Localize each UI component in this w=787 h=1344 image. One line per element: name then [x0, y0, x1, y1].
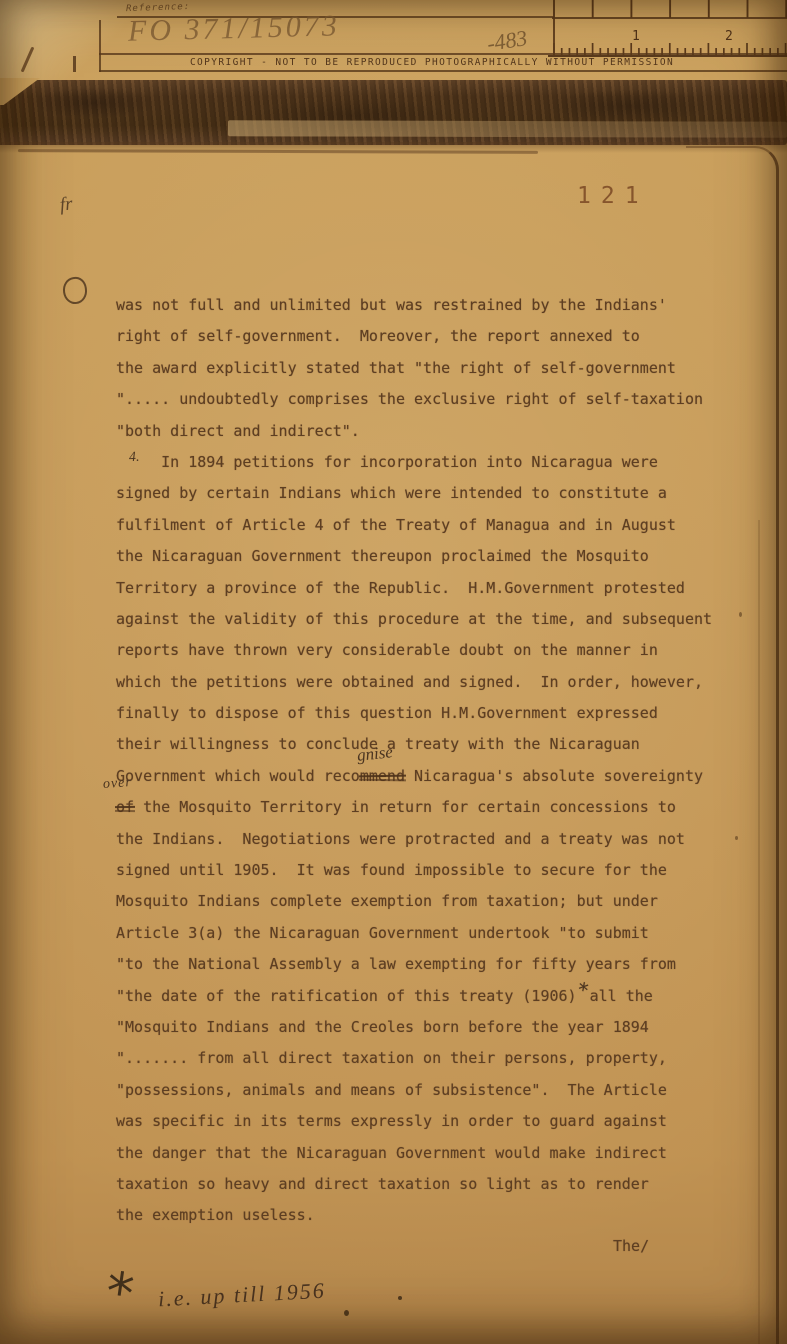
handwritten-asterisk-icon: *	[102, 1264, 136, 1321]
handwritten-correction-gnise: gnise	[356, 742, 394, 766]
struck-out-text: of	[116, 798, 134, 816]
typewritten-line: the Indians. Negotiations were protracte…	[116, 824, 748, 855]
margin-circle-mark	[61, 275, 89, 305]
typewritten-line: the Nicaraguan Government thereupon proc…	[116, 541, 748, 572]
typewritten-line: Government which would recommend Nicarag…	[116, 761, 748, 792]
margin-note-fr: fr	[59, 193, 74, 216]
typewritten-line: "possessions, animals and means of subsi…	[116, 1075, 748, 1106]
handwritten-insert-mark-icon: *	[576, 984, 591, 996]
typewritten-line: was specific in its terms expressly in o…	[116, 1106, 748, 1137]
typewritten-line: signed until 1905. It was found impossib…	[116, 855, 748, 886]
ruler-label-2: 2	[725, 29, 733, 44]
page-fold-line	[758, 520, 760, 1344]
typewritten-line: "..... undoubtedly comprises the exclusi…	[116, 384, 748, 415]
typewritten-line: the award explicitly stated that "the ri…	[116, 353, 748, 384]
typewritten-line: taxation so heavy and direct taxation so…	[116, 1169, 748, 1200]
typewritten-line: "....... from all direct taxation on the…	[116, 1043, 748, 1074]
typewritten-body: was not full and unlimited but was restr…	[116, 290, 748, 1232]
typewritten-line: the danger that the Nicaraguan Governmen…	[116, 1138, 748, 1169]
typewritten-line: was not full and unlimited but was restr…	[116, 290, 748, 321]
typewritten-text: all the	[590, 987, 653, 1005]
typewritten-line: Territory a province of the Republic. H.…	[116, 573, 748, 604]
typewritten-line: Article 3(a) the Nicaraguan Government u…	[116, 918, 748, 949]
typewritten-line: of the Mosquito Territory in return for …	[116, 792, 748, 823]
reference-number-handwritten: FO 371/15073	[128, 9, 341, 49]
copyright-strip-bottom-rule	[99, 70, 787, 72]
typewritten-text: Nicaragua's absolute sovereignty	[405, 767, 703, 785]
typewritten-line: finally to dispose of this question H.M.…	[116, 698, 748, 729]
handwritten-paragraph-number: 4.	[129, 450, 140, 467]
handwritten-correction-over: over	[102, 775, 132, 793]
reference-label: Reference:	[126, 2, 190, 14]
typewritten-line: reports have thrown very considerable do…	[116, 635, 748, 666]
handwritten-bottom-note: i.e. up till 1956	[157, 1278, 326, 1313]
typewritten-line: Mosquito Indians complete exemption from…	[116, 886, 748, 917]
typewritten-line: right of self-government. Moreover, the …	[116, 321, 748, 352]
typewritten-line: "to the National Assembly a law exemptin…	[116, 949, 748, 980]
typewritten-line: fulfilment of Article 4 of the Treaty of…	[116, 510, 748, 541]
typewritten-line: against the validity of this procedure a…	[116, 604, 748, 635]
typewritten-text: "the date of the ratification of this tr…	[116, 987, 577, 1005]
margin-tick-mark	[73, 56, 76, 72]
typewritten-text: the Mosquito Territory in return for cer…	[134, 798, 676, 816]
catchword-continuation: The/	[613, 1237, 649, 1255]
ink-dot	[344, 1310, 349, 1316]
typewritten-line: their willingness to conclude a treaty w…	[116, 729, 748, 760]
typewritten-line: "Mosquito Indians and the Creoles born b…	[116, 1012, 748, 1043]
struck-out-text: mmend	[360, 767, 405, 785]
microfilm-ruler: 1 2	[548, 0, 787, 58]
ink-dot	[398, 1296, 402, 1300]
typewritten-line: "both direct and indirect".	[116, 416, 748, 447]
scanned-document-page: { "header": { "reference_label": "Refere…	[0, 0, 787, 1344]
typewritten-text: Government which would reco	[116, 767, 360, 785]
ruler-label-1: 1	[632, 29, 640, 44]
typewritten-line: "the date of the ratification of this tr…	[116, 981, 748, 1012]
page-number-stamp: 121	[577, 183, 649, 209]
typewritten-line: the exemption useless.	[116, 1200, 748, 1231]
typewritten-line: In 1894 petitions for incorporation into…	[116, 447, 748, 478]
typewritten-line: which the petitions were obtained and si…	[116, 667, 748, 698]
exposure-band-highlight	[228, 120, 787, 137]
typewritten-line: signed by certain Indians which were int…	[116, 478, 748, 509]
